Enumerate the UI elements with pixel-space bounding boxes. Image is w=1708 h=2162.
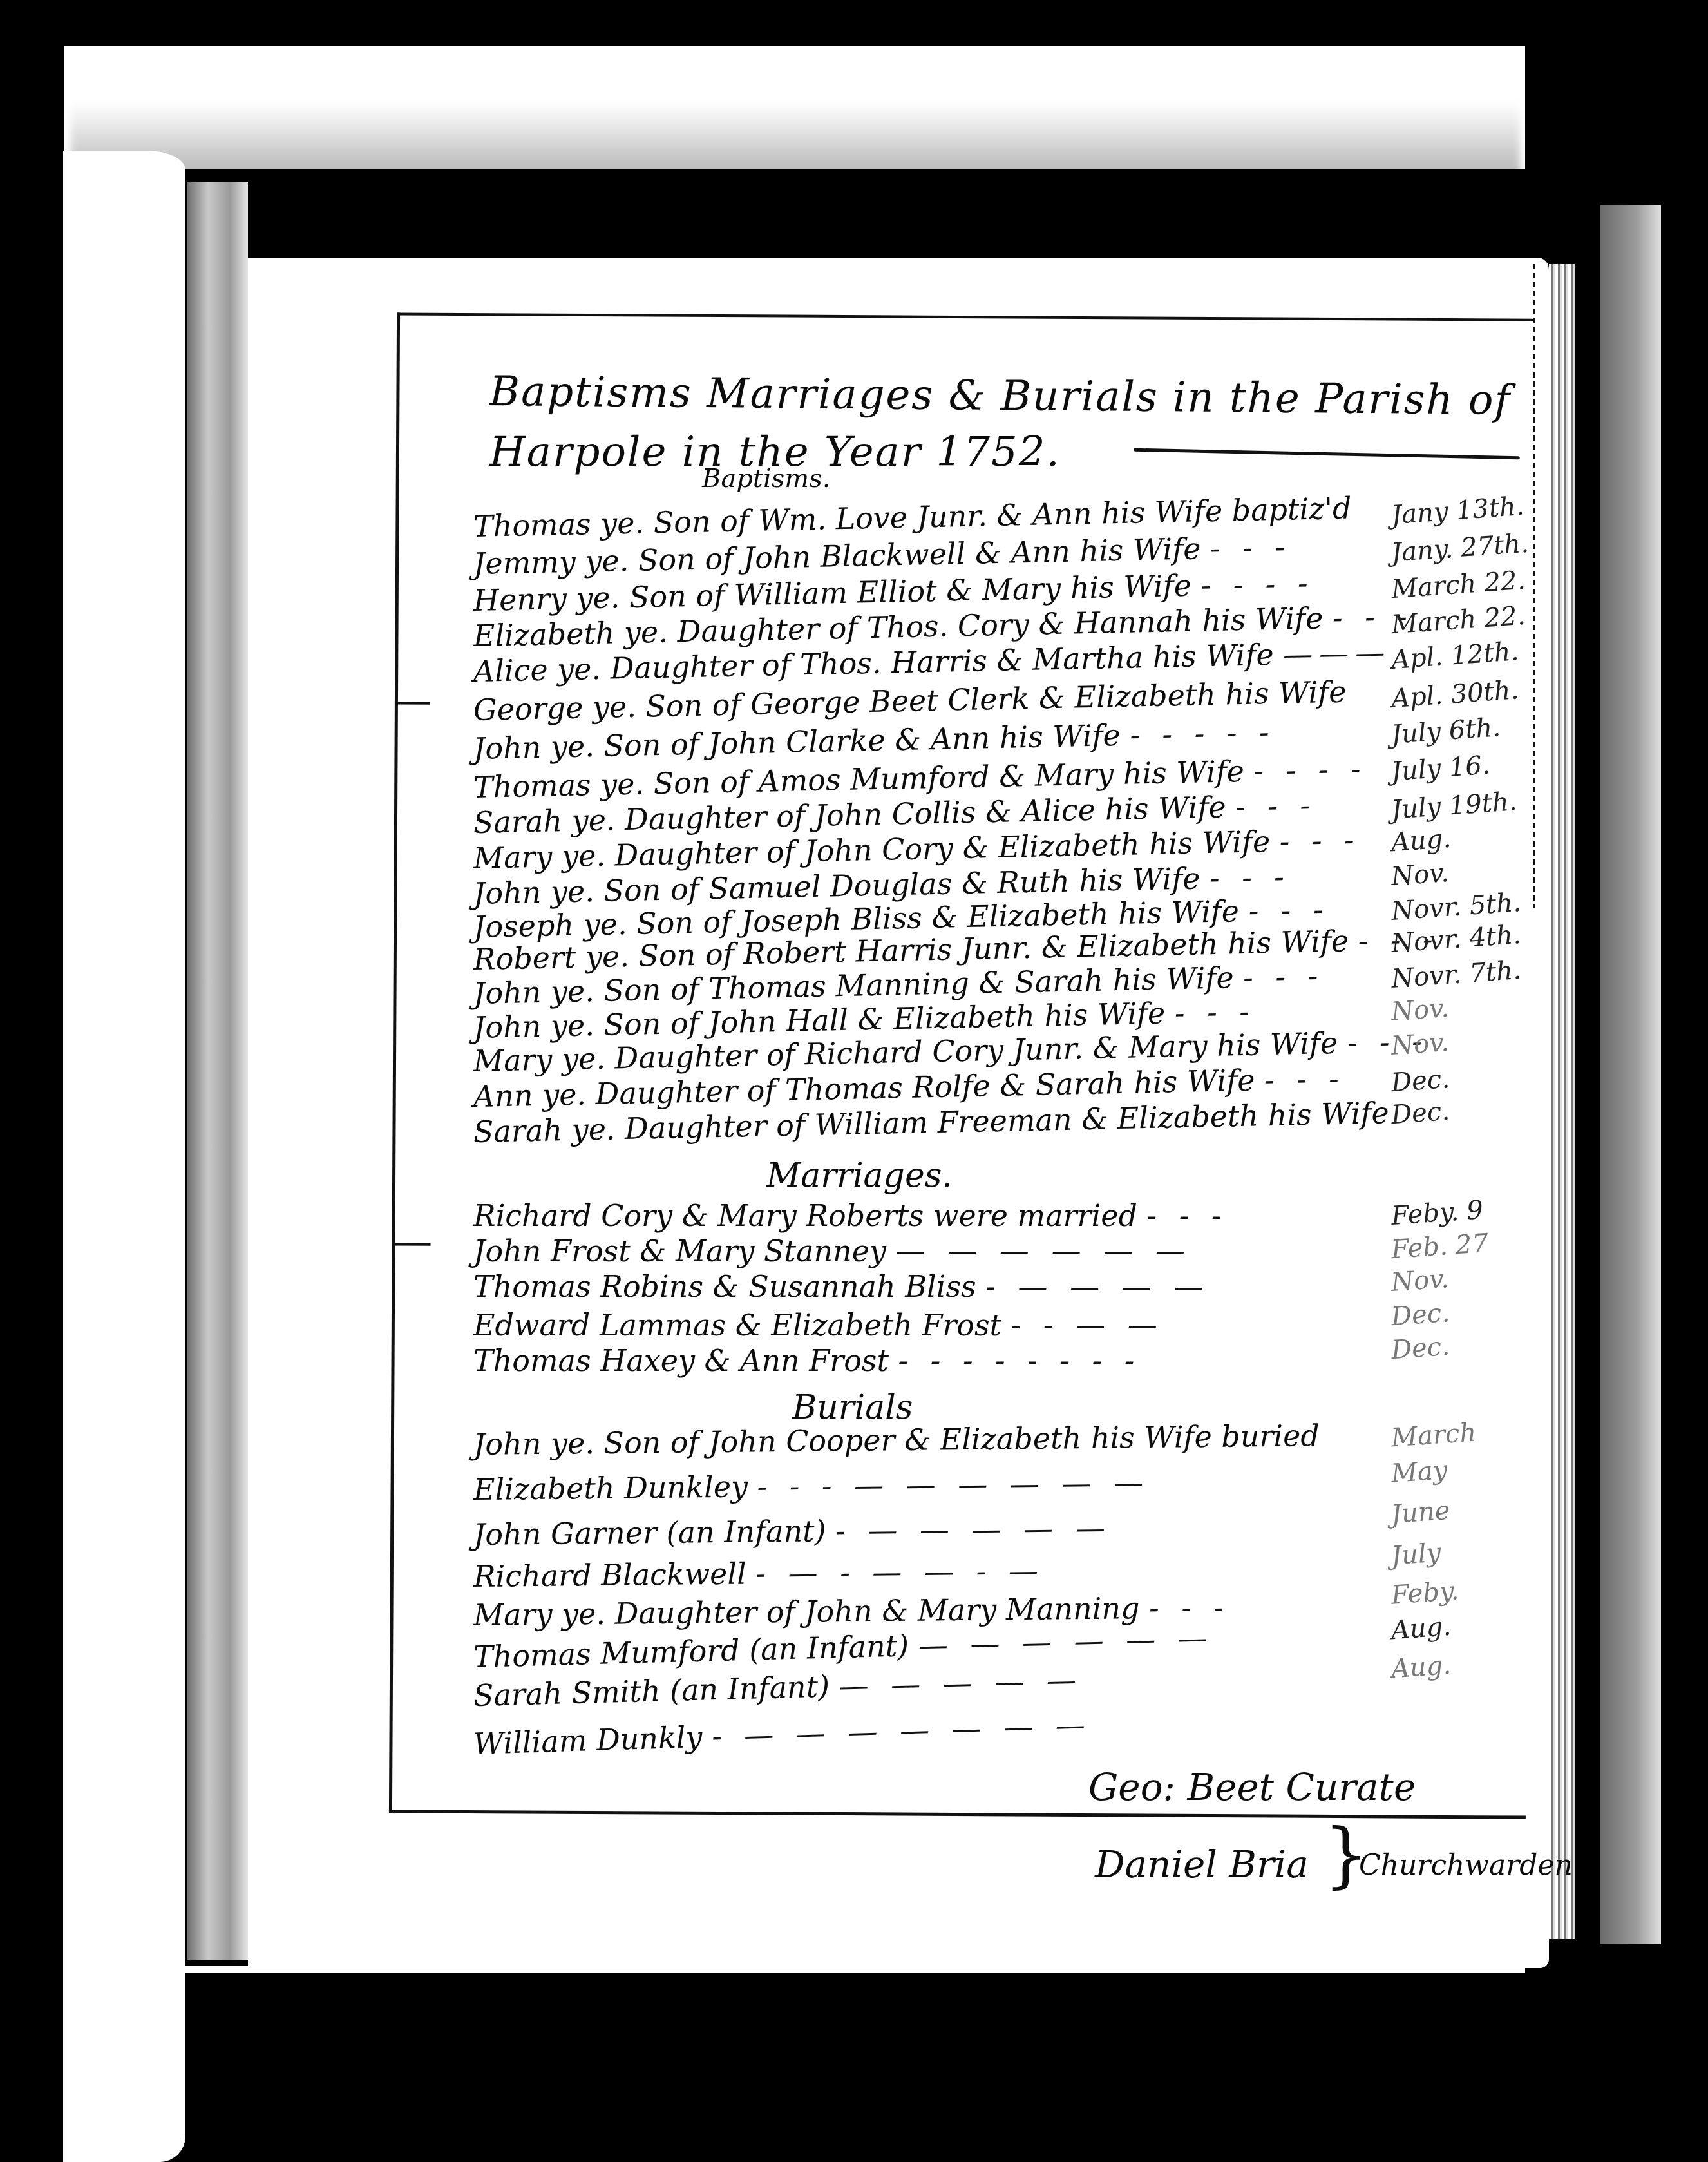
entry-text: Thomas Robins & Susannah Bliss [473,1269,976,1304]
dash-leader: - - - [1209,859,1291,895]
dash-leader: — — — — — — [896,1234,1191,1268]
churchwarden-role: Churchwarden [1359,1849,1573,1882]
churchwarden-signature: Daniel Bria [1095,1842,1309,1886]
entry-text: Edward Lammas & Elizabeth Frost [473,1308,1001,1343]
entry-text: John Garner (an Infant) [473,1513,826,1552]
page-title-line-1: Baptisms Marriages & Burials in the Pari… [489,368,1512,425]
entry-text: Richard Blackwell [473,1556,746,1594]
dash-leader: - — — — — — [835,1511,1112,1548]
marriages-heading: Marriages. [766,1156,953,1195]
entry-date: Dec. [1390,1096,1451,1130]
entry-date: Dec. [1390,1332,1451,1365]
entry-text: Richard Cory & Mary Roberts were married [473,1198,1137,1233]
entry-text: John Frost & Mary Stanney [473,1234,886,1268]
dash-leader: - - - [1243,958,1325,995]
entry-date: Dec. [1390,1298,1451,1332]
marriage-entry: Thomas Haxey & Ann Frost - - - - - - - - [473,1343,1375,1378]
entry-date: Dec. [1390,1064,1451,1098]
entry-date: Feby. [1390,1576,1460,1610]
dash-leader: - - - [1235,788,1317,825]
dash-leader: ——— [1283,635,1392,672]
curate-signature: Geo: Beet Curate [1088,1765,1416,1809]
dash-leader: - - - [1279,822,1361,859]
entry-date: Nov. [1390,1028,1450,1061]
entry-date: May [1390,1455,1448,1489]
dash-leader: - - - [1248,892,1330,928]
entry-date: Nov. [1390,1264,1450,1297]
dash-leader: - - - - [1253,751,1367,789]
dash-leader: - - - - - - - - [898,1343,1141,1378]
dash-leader: - — - — — - — [755,1553,1045,1591]
dash-leader: - - — — [1011,1308,1164,1343]
marriage-entry: Thomas Robins & Susannah Bliss - — — — — [473,1269,1375,1304]
dash-leader: - - - — — — — — — [757,1465,1150,1504]
entry-date: June [1390,1496,1451,1529]
dash-leader: - — — — — [985,1269,1210,1304]
entry-date: Aug. [1390,824,1452,857]
entry-date: Nov. [1390,858,1450,892]
entry-text: William Dunkly [473,1719,703,1761]
dash-leader: — — — — — [839,1662,1083,1703]
marriage-entry: Richard Cory & Mary Roberts were married… [473,1198,1375,1233]
entry-date: Aug. [1390,1612,1452,1645]
burials-heading: Burials [792,1388,913,1427]
entry-text: Elizabeth Dunkley [473,1469,748,1507]
entry-date: Aug. [1390,1650,1452,1684]
left-page-curl [63,151,185,2162]
page-stack-edges [1549,264,1575,1939]
entry-date: July [1390,1538,1441,1571]
book-fore-edge [1600,205,1661,1944]
dash-leader: - - - - [1200,566,1314,603]
baptisms-heading: Baptisms. [702,464,830,493]
entry-date: March [1390,1417,1477,1453]
dash-leader: - - - [1210,529,1291,566]
marriage-entry: Edward Lammas & Elizabeth Frost - - — — [473,1308,1375,1343]
entry-text: Thomas Haxey & Ann Frost [473,1343,889,1378]
dash-leader: - - - [1174,994,1256,1031]
dash-leader: - - - - - [1130,714,1276,752]
book-gutter [187,182,248,1960]
entry-date: Nov. [1390,993,1450,1027]
marriage-entry: John Frost & Mary Stanney — — — — — — [473,1234,1375,1268]
right-margin-rule [1533,264,1535,908]
dash-leader: - - - [1147,1198,1228,1233]
dash-leader: - - - [1264,1061,1345,1098]
